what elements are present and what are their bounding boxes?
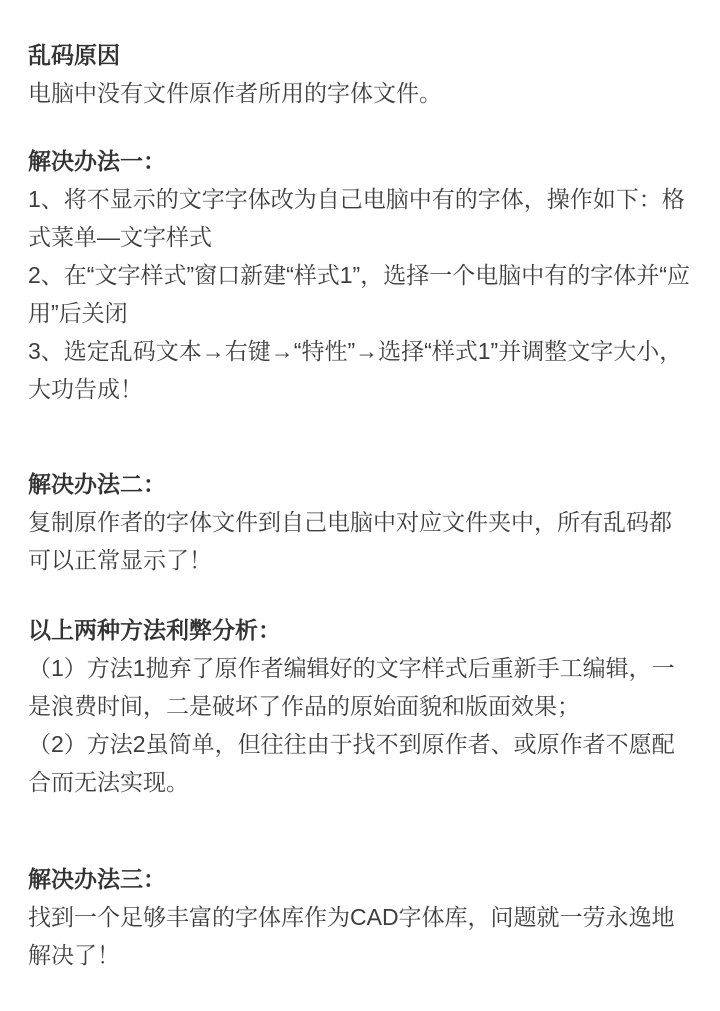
- paragraph: 3、选定乱码文本→右键→“特性”→选择“样式1”并调整文字大小，大功告成！: [28, 332, 690, 408]
- article-page: 乱码原因 电脑中没有文件原作者所用的字体文件。 解决办法一： 1、将不显示的文字…: [0, 0, 720, 1011]
- section-cause: 乱码原因 电脑中没有文件原作者所用的字体文件。: [28, 36, 690, 112]
- section-method-2: 解决办法二： 复制原作者的字体文件到自己电脑中对应文件夹中，所有乱码都可以正常显…: [28, 465, 690, 579]
- section-method-3: 解决办法三： 找到一个足够丰富的字体库作为CAD字体库，问题就一劳永逸地解决了！: [28, 860, 690, 974]
- section-heading: 解决办法一：: [28, 142, 690, 180]
- section-heading: 解决办法三：: [28, 860, 690, 898]
- paragraph: 复制原作者的字体文件到自己电脑中对应文件夹中，所有乱码都可以正常显示了！: [28, 503, 690, 579]
- paragraph: 找到一个足够丰富的字体库作为CAD字体库，问题就一劳永逸地解决了！: [28, 898, 690, 974]
- paragraph: （1）方法1抛弃了原作者编辑好的文字样式后重新手工编辑，一是浪费时间，二是破坏了…: [28, 649, 690, 725]
- section-heading: 乱码原因: [28, 36, 690, 74]
- section-method-1: 解决办法一： 1、将不显示的文字字体改为自己电脑中有的字体，操作如下：格式菜单—…: [28, 142, 690, 408]
- paragraph: 2、在“文字样式”窗口新建“样式1”，选择一个电脑中有的字体并“应用”后关闭: [28, 256, 690, 332]
- paragraph: 1、将不显示的文字字体改为自己电脑中有的字体，操作如下：格式菜单—文字样式: [28, 180, 690, 256]
- section-analysis: 以上两种方法利弊分析： （1）方法1抛弃了原作者编辑好的文字样式后重新手工编辑，…: [28, 611, 690, 801]
- paragraph: （2）方法2虽简单，但往往由于找不到原作者、或原作者不愿配合而无法实现。: [28, 725, 690, 801]
- paragraph: 电脑中没有文件原作者所用的字体文件。: [28, 74, 690, 112]
- section-heading: 以上两种方法利弊分析：: [28, 611, 690, 649]
- section-heading: 解决办法二：: [28, 465, 690, 503]
